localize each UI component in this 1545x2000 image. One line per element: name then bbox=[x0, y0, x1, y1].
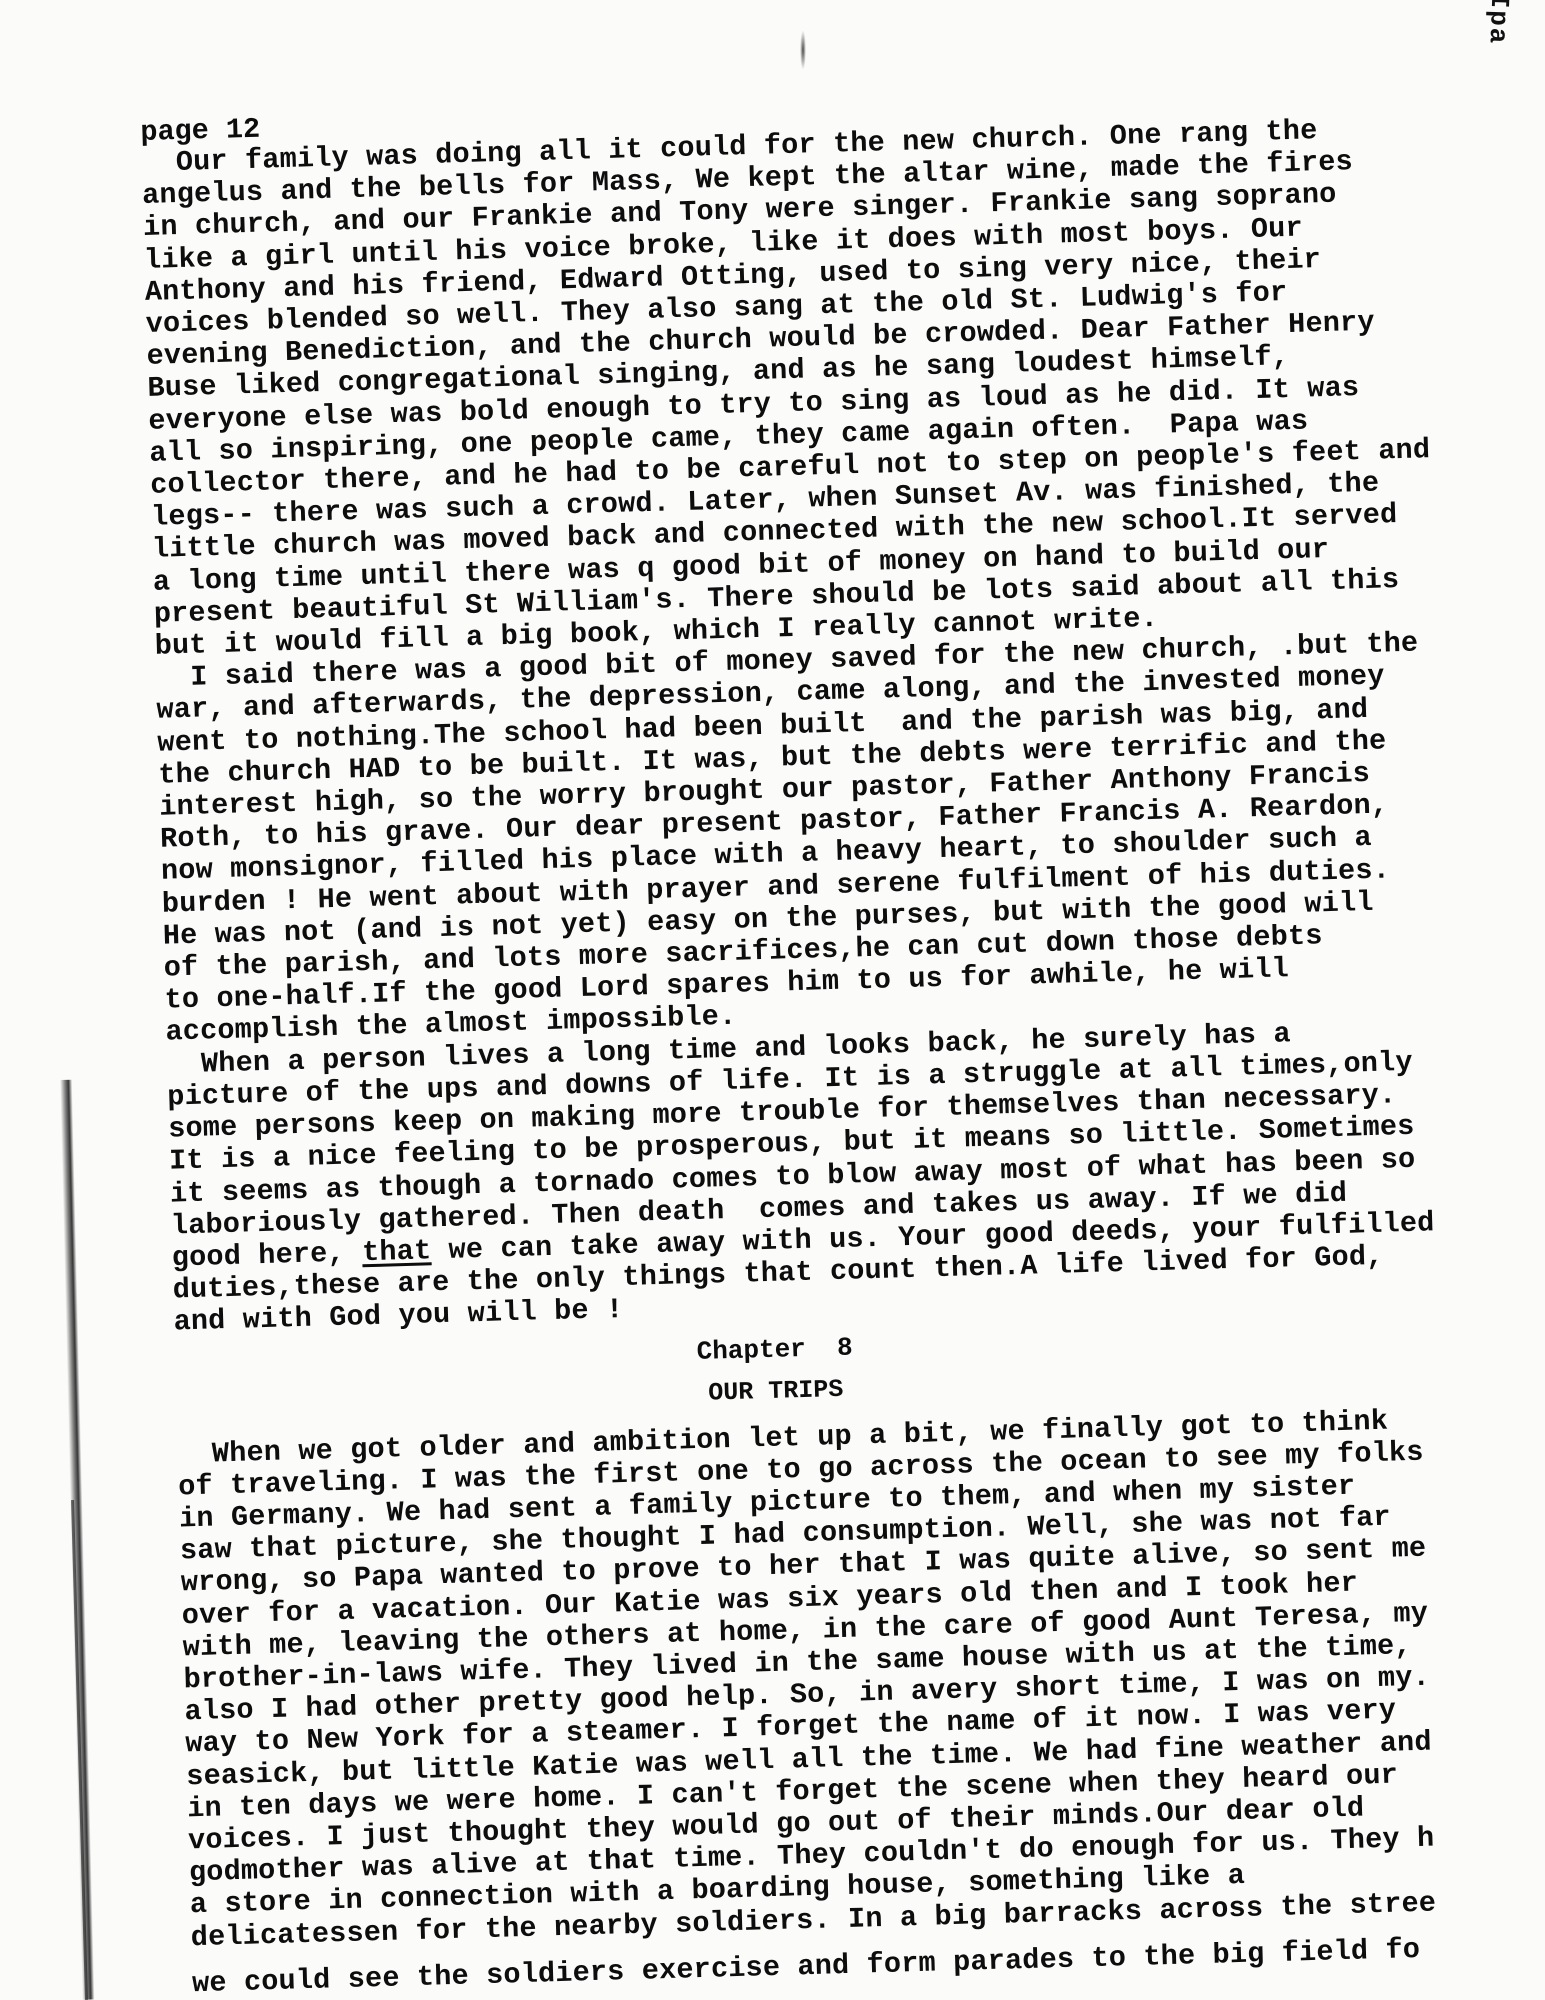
binding-shadow bbox=[60, 1080, 94, 2000]
paragraph-our-trips: When we got older and ambition let up a … bbox=[177, 1399, 1545, 2000]
typewritten-text: page 12 Our family was doing all it coul… bbox=[140, 78, 1545, 2000]
paragraph-family-church: Our family was doing all it could for th… bbox=[141, 108, 1545, 663]
paragraph-life-reflection: When a person lives a long time and look… bbox=[166, 1010, 1545, 1339]
underlined-word: that bbox=[362, 1234, 432, 1269]
corner-mark: Ipa bbox=[1483, 0, 1515, 46]
scan-speck bbox=[800, 30, 806, 70]
paragraph-depression-debts: I said there was a good bit of money sav… bbox=[155, 623, 1545, 1049]
scanned-page: Ipa page 12 Our family was doing all it … bbox=[0, 0, 1545, 2000]
